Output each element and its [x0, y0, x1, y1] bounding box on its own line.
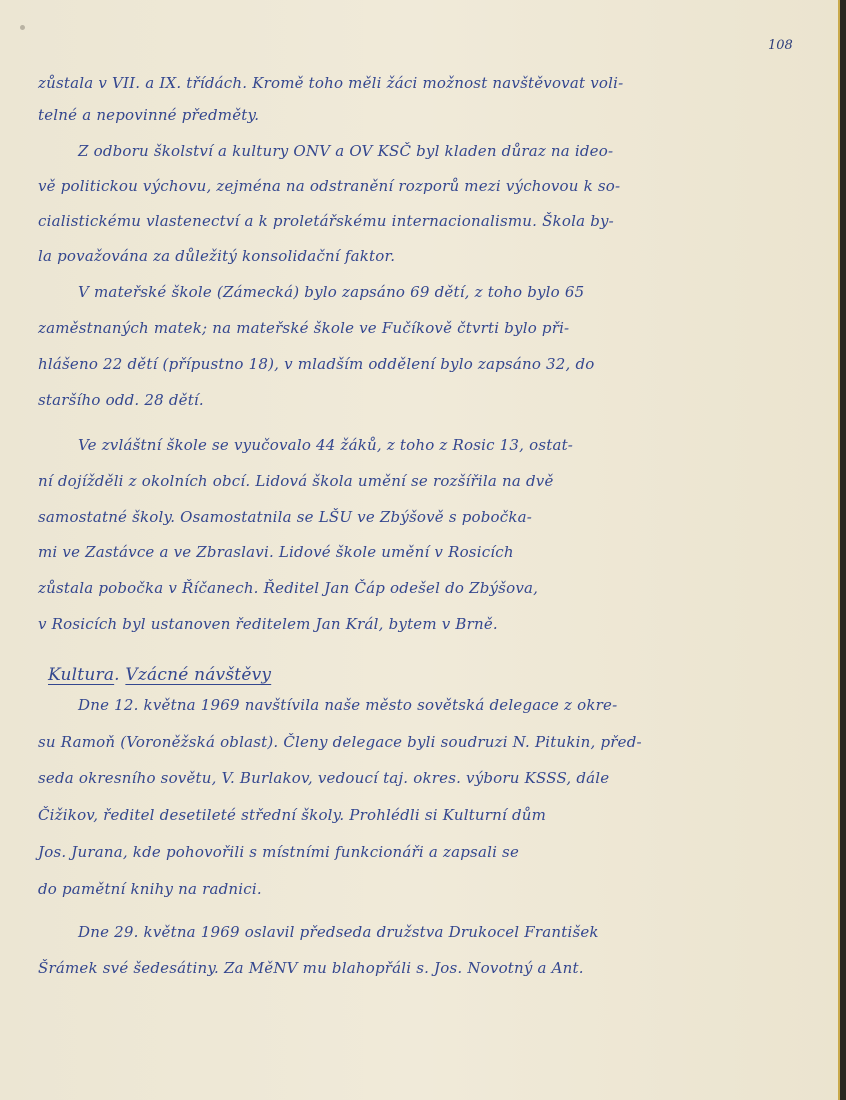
text-line: Z odboru školství a kultury ONV a OV KSČ… [78, 142, 613, 160]
section-heading: Kultura. Vzácné návštěvy [48, 665, 271, 685]
page-number: 108 [768, 38, 793, 53]
text-line: ní dojížděli z okolních obcí. Lidová ško… [38, 472, 554, 490]
text-line: zaměstnaných matek; na mateřské škole ve… [38, 319, 569, 337]
text-line: Dne 29. května 1969 oslavil předseda dru… [78, 923, 599, 941]
text-line: Šrámek své šedesátiny. Za MěNV mu blahop… [38, 959, 584, 977]
text-line: staršího odd. 28 dětí. [38, 391, 204, 409]
manuscript-page: 108 zůstala v VII. a IX. třídách. Kromě … [0, 0, 840, 1100]
text-line: v Rosicích byl ustanoven ředitelem Jan K… [38, 615, 498, 633]
text-line: zůstala pobočka v Říčanech. Ředitel Jan … [38, 579, 538, 597]
text-line: Dne 12. května 1969 navštívila naše měst… [78, 696, 617, 714]
text-line: la považována za důležitý konsolidační f… [38, 247, 395, 265]
text-line: hlášeno 22 dětí (přípustno 18), v mladší… [38, 355, 595, 373]
text-line: Ve zvláštní škole se vyučovalo 44 žáků, … [78, 436, 573, 454]
text-line: telné a nepovinné předměty. [38, 106, 259, 124]
text-line: cialistickému vlastenectví a k proletářs… [38, 212, 614, 230]
paper-spot [20, 25, 25, 30]
text-line: samostatné školy. Osamostatnila se LŠU v… [38, 508, 532, 526]
heading-separator: . [114, 665, 120, 685]
text-line: do pamětní knihy na radnici. [38, 880, 262, 898]
text-line: zůstala v VII. a IX. třídách. Kromě toho… [38, 74, 623, 92]
text-line: su Ramoň (Voroněžská oblast). Členy dele… [38, 733, 642, 751]
text-line: mi ve Zastávce a ve Zbraslavi. Lidové šk… [38, 543, 514, 561]
text-line: Čižikov, ředitel desetileté střední škol… [38, 806, 546, 824]
text-line: vě politickou výchovu, zejména na odstra… [38, 177, 620, 195]
text-line: seda okresního sovětu, V. Burlakov, vedo… [38, 769, 609, 787]
heading-vzacne-navstevy: Vzácné návštěvy [125, 665, 271, 685]
heading-kultura: Kultura [48, 665, 114, 685]
text-line: Jos. Jurana, kde pohovořili s místními f… [38, 843, 519, 861]
text-line: V mateřské škole (Zámecká) bylo zapsáno … [78, 283, 584, 301]
